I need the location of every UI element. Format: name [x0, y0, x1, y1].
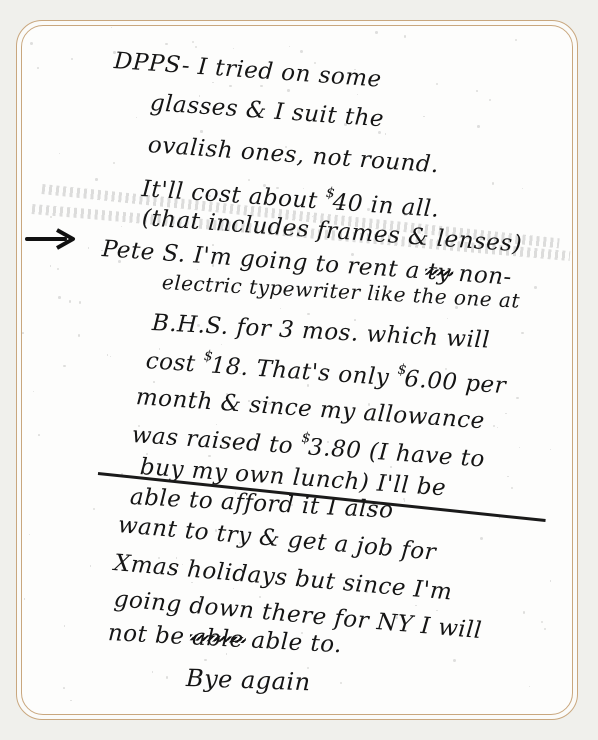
letter-signoff: Bye again: [186, 664, 312, 696]
crossed-out-word: ty: [427, 259, 452, 287]
arrow-right-icon: [25, 228, 77, 250]
crossed-out-word: able: [192, 624, 245, 653]
